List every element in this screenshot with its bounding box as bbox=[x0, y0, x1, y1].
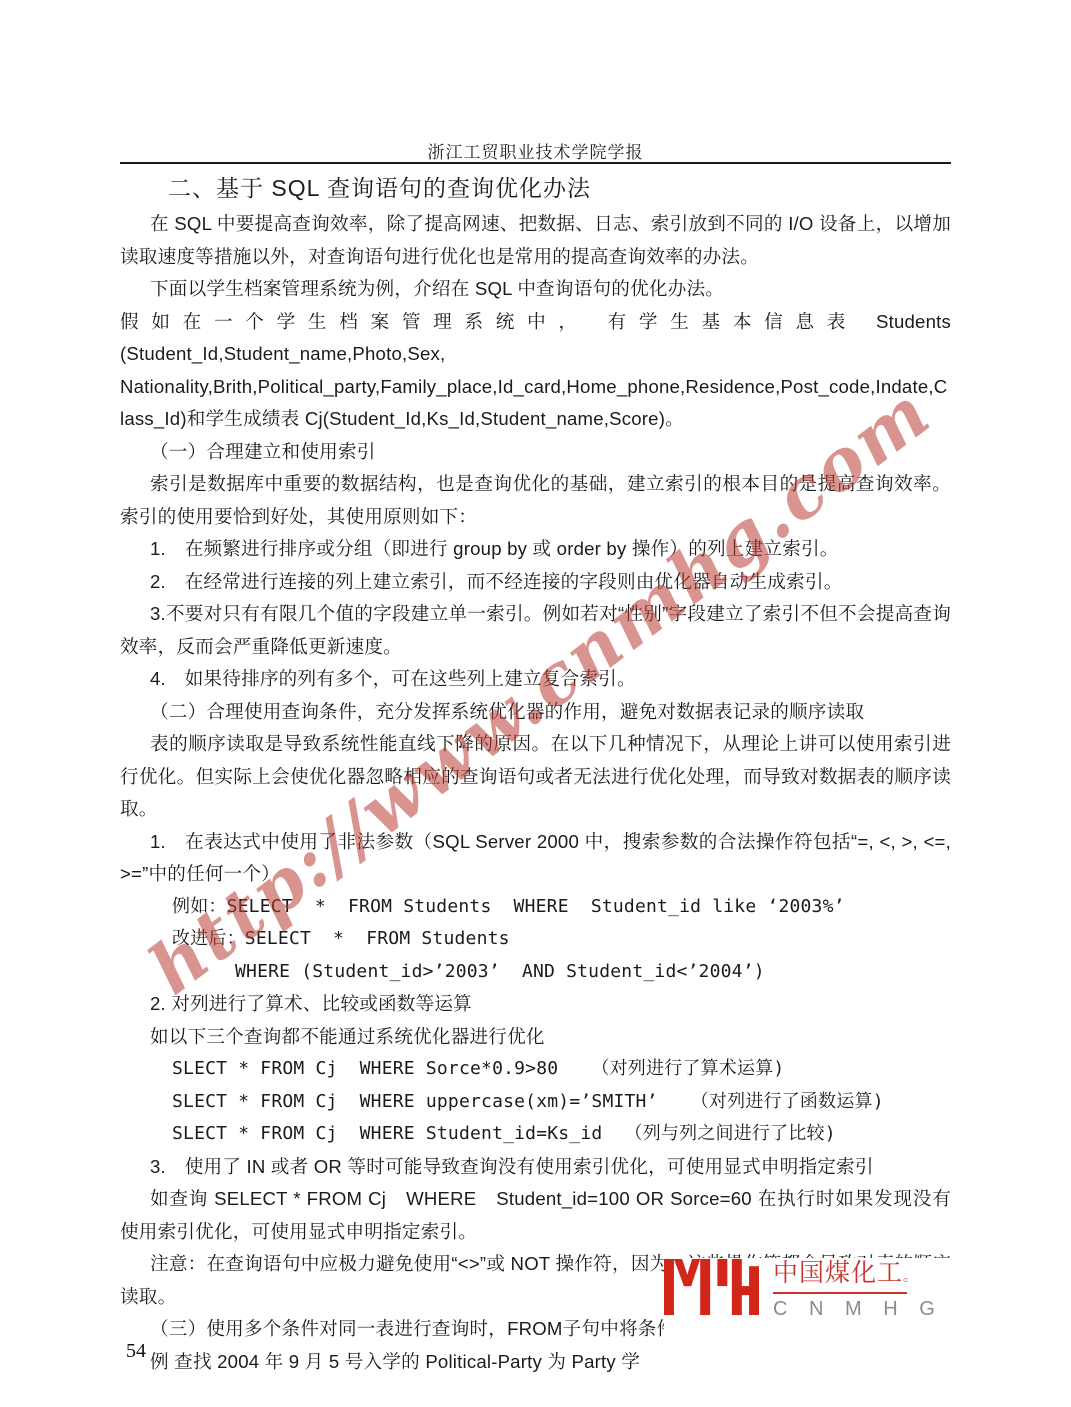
paragraph: Nationality,Brith,Political_party,Family… bbox=[120, 371, 951, 436]
paragraph: (Student_Id,Student_name,Photo,Sex, bbox=[120, 338, 951, 371]
cnmhg-logo: 中国煤化工。 C N M H G bbox=[664, 1258, 956, 1338]
paragraph: 在 SQL 中要提高查询效率，除了提高网速、把数据、日志、索引放到不同的 I/O… bbox=[120, 208, 951, 273]
paragraph: 2. 在经常进行连接的列上建立索引，而不经连接的字段则由优化器自动生成索引。 bbox=[120, 566, 951, 599]
paragraph: （二）合理使用查询条件，充分发挥系统优化器的作用，避免对数据表记录的顺序读取 bbox=[120, 696, 951, 729]
paragraph: 表的顺序读取是导致系统性能直线下降的原因。在以下几种情况下，从理论上讲可以使用索… bbox=[120, 728, 951, 826]
paragraph: 2. 对列进行了算术、比较或函数等运算 bbox=[120, 988, 951, 1021]
paragraph: SLECT * FROM Cj WHERE uppercase(xm)=’SMI… bbox=[120, 1086, 951, 1119]
header-rule bbox=[120, 162, 951, 164]
paragraph: 1. 在表达式中使用了非法参数（SQL Server 2000 中，搜索参数的合… bbox=[120, 826, 951, 891]
paragraph: 1. 在频繁进行排序或分组（即进行 group by 或 order by 操作… bbox=[120, 533, 951, 566]
cnmhg-logo-period: 。 bbox=[903, 1268, 918, 1284]
cnmhg-logo-rule bbox=[773, 1292, 907, 1294]
paragraph: SLECT * FROM Cj WHERE Sorce*0.9>80 （对列进行… bbox=[120, 1053, 951, 1086]
cnmhg-logo-text: 中国煤化工。 C N M H G bbox=[773, 1258, 943, 1320]
paragraph: （一）合理建立和使用索引 bbox=[120, 436, 951, 469]
journal-page: 浙江工贸职业技术学院学报 二、基于 SQL 查询语句的查询优化办法 在 SQL … bbox=[0, 0, 1071, 1407]
cnmhg-logo-abbr: C N M H G bbox=[773, 1298, 943, 1320]
paragraph: 改进后：SELECT * FROM Students bbox=[120, 923, 951, 956]
paragraph: 4. 如果待排序的列有多个，可在这些列上建立复合索引。 bbox=[120, 663, 951, 696]
paragraph: 3.不要对只有有限几个值的字段建立单一索引。例如若对“性别”字段建立了索引不但不… bbox=[120, 598, 951, 663]
article-body: 在 SQL 中要提高查询效率，除了提高网速、把数据、日志、索引放到不同的 I/O… bbox=[120, 208, 951, 1378]
section-title: 二、基于 SQL 查询语句的查询优化办法 bbox=[120, 168, 951, 208]
paragraph: 例 查找 2004 年 9 月 5 号入学的 Political-Party 为… bbox=[120, 1346, 951, 1379]
paragraph: SLECT * FROM Cj WHERE Student_id=Ks_id （… bbox=[120, 1118, 951, 1151]
paragraph: 假如在一个学生档案管理系统中， 有学生基本信息表 Students bbox=[120, 306, 951, 339]
paragraph: 如以下三个查询都不能通过系统优化器进行优化 bbox=[120, 1021, 951, 1054]
paragraph: 3. 使用了 IN 或者 OR 等时可能导致查询没有使用索引优化，可使用显式申明… bbox=[120, 1151, 951, 1184]
paragraph: 如查询 SELECT * FROM Cj WHERE Student_id=10… bbox=[120, 1183, 951, 1248]
cnmhg-logo-mark-icon bbox=[664, 1258, 759, 1316]
running-header: 浙江工贸职业技术学院学报 bbox=[0, 138, 1071, 163]
article: 二、基于 SQL 查询语句的查询优化办法 在 SQL 中要提高查询效率，除了提高… bbox=[120, 168, 951, 1378]
cnmhg-logo-name-cn: 中国煤化工。 bbox=[773, 1260, 943, 1290]
paragraph: 索引是数据库中重要的数据结构，也是查询优化的基础，建立索引的根本目的是提高查询效… bbox=[120, 468, 951, 533]
paragraph: 下面以学生档案管理系统为例，介绍在 SQL 中查询语句的优化办法。 bbox=[120, 273, 951, 306]
paragraph: WHERE (Student_id>’2003’ AND Student_id<… bbox=[120, 956, 951, 989]
paragraph: 例如：SELECT * FROM Students WHERE Student_… bbox=[120, 891, 951, 924]
page-number: 54 bbox=[126, 1340, 146, 1363]
